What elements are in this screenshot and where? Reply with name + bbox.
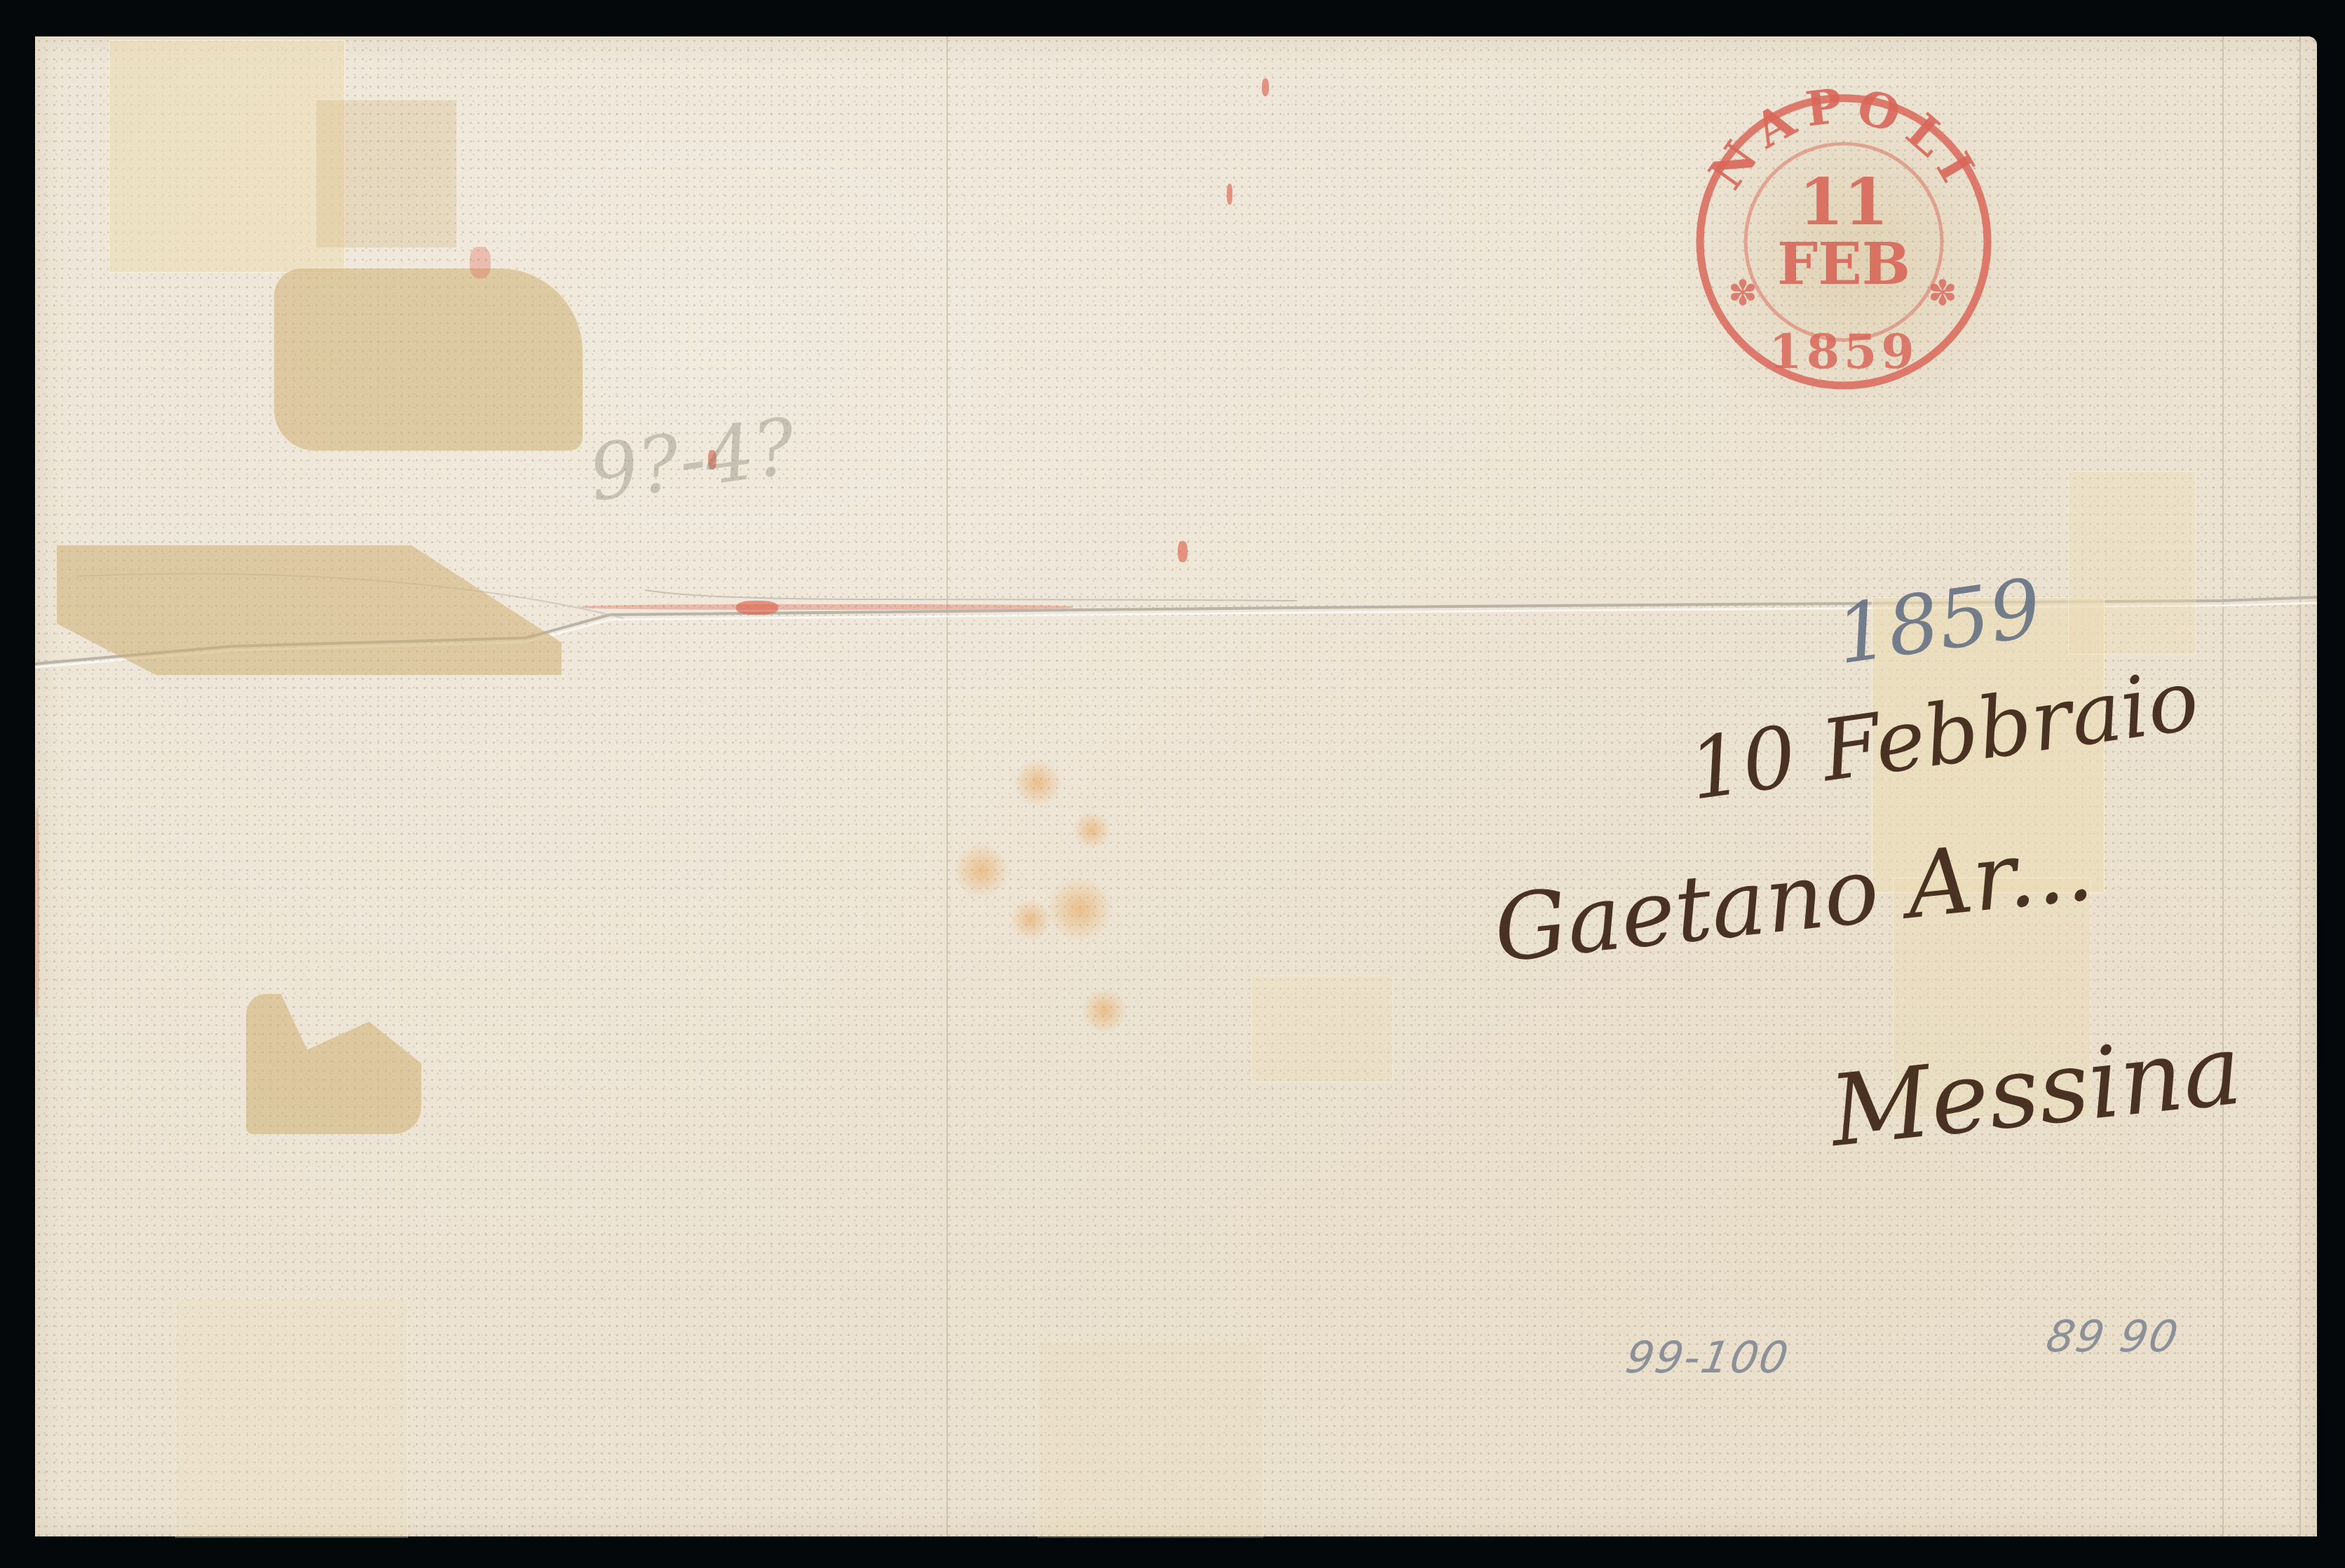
foxing-spot <box>1013 758 1062 807</box>
postmark-ornament-left: ✽ <box>1728 273 1758 313</box>
red-ink-fleck <box>470 247 491 278</box>
postmark-month: FEB <box>1777 231 1910 298</box>
hinge-remnant <box>1251 976 1393 1082</box>
napoli-postmark: NAPOLI 11 FEB 1859 ✽ ✽ <box>1679 74 2008 403</box>
hinge-remnant <box>109 40 345 273</box>
foxing-spot <box>1080 990 1129 1032</box>
hinge-remnant <box>1038 1340 1263 1538</box>
fold-line-vertical <box>2299 36 2301 1536</box>
pencil-note: 99-100 <box>1622 1332 1793 1383</box>
red-ink-fleck <box>1262 79 1269 96</box>
foxing-spot <box>1010 899 1052 941</box>
postmark-ornament-right: ✽ <box>1928 273 1957 313</box>
red-ink-fleck <box>1227 184 1232 205</box>
hinge-stain <box>56 545 562 676</box>
hinge-stain <box>273 268 583 451</box>
foxing-spot <box>1073 811 1111 850</box>
hinge-remnant <box>2068 471 2196 655</box>
foxing-spot <box>953 843 1010 899</box>
postmark-day: 11 <box>1799 164 1889 240</box>
faint-manuscript-offset: 9?-4? <box>584 401 801 519</box>
hinge-remnant <box>175 1298 408 1538</box>
red-ink-fleck <box>35 807 39 1018</box>
postmark-year: 1859 <box>1769 324 1918 380</box>
red-ink-fleck <box>582 604 1073 610</box>
red-ink-fleck <box>1178 541 1188 562</box>
foxing-spot <box>1045 878 1115 941</box>
pencil-note: 89 90 <box>2043 1311 2183 1362</box>
hinge-stain <box>315 100 457 248</box>
hinge-stain <box>245 993 422 1135</box>
red-ink-fleck <box>736 601 778 615</box>
fold-line-vertical <box>946 36 948 1536</box>
fold-line-vertical <box>2222 36 2224 1536</box>
